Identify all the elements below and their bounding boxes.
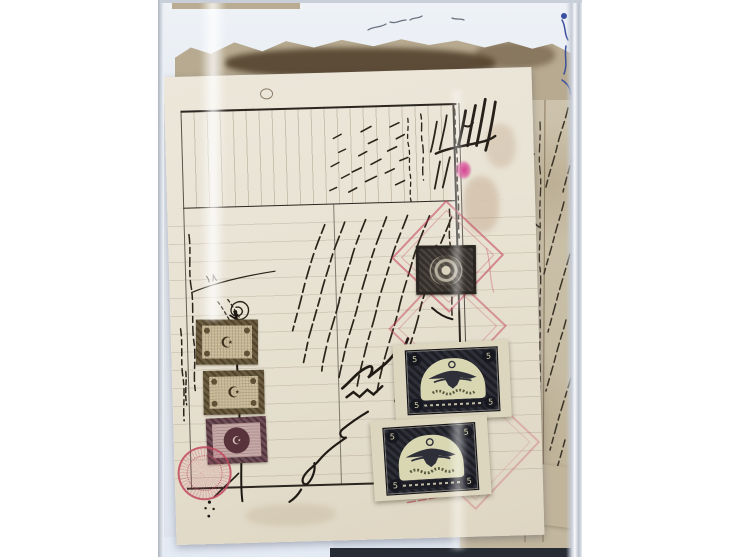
revenue-stamp-brown-1: ☪: [196, 320, 258, 365]
aviation-stamp-2: 5 5 5 5: [370, 414, 492, 501]
stamp-value: 5: [389, 479, 403, 493]
stamp-value: 5: [482, 349, 496, 363]
margin-script: [178, 235, 197, 421]
document-main: ١٨ ☪ ☪ ☪ ☪ 5: [164, 67, 545, 545]
stamp-value: 5: [459, 425, 473, 439]
biplane-icon: [397, 433, 465, 481]
magenta-ink-blot: [452, 160, 475, 197]
crescent-star-icon: ☪: [220, 333, 233, 351]
aviation-stamp-1: 5 5 5 5: [392, 340, 511, 422]
sleeve-edge-left: [158, 0, 164, 557]
stamp-value: 5: [385, 430, 399, 444]
biplane-icon: [419, 357, 486, 401]
margin-numeral: ١٨: [204, 271, 219, 286]
auction-lot-photo: 916: [0, 0, 740, 557]
stamp-inscription-band: [424, 399, 483, 410]
sleeve-edge-right: [566, 0, 582, 557]
revenue-stamp-brown-2: ☪: [203, 370, 265, 415]
crescent-star-icon: ☪: [231, 434, 241, 447]
stamp-value: 5: [462, 474, 476, 488]
bold-heading-script: [434, 99, 496, 154]
stamp-value: 5: [408, 353, 422, 367]
stamp-value: 5: [410, 399, 424, 413]
pencil-scribble: [360, 10, 470, 42]
sleeve-edge-top: [160, 0, 582, 3]
black-backing-strip: [330, 548, 576, 557]
crescent-star-icon: ☪: [227, 383, 241, 401]
revenue-stamp-dark-brown: [416, 245, 477, 295]
stamp-value: 5: [484, 395, 498, 409]
